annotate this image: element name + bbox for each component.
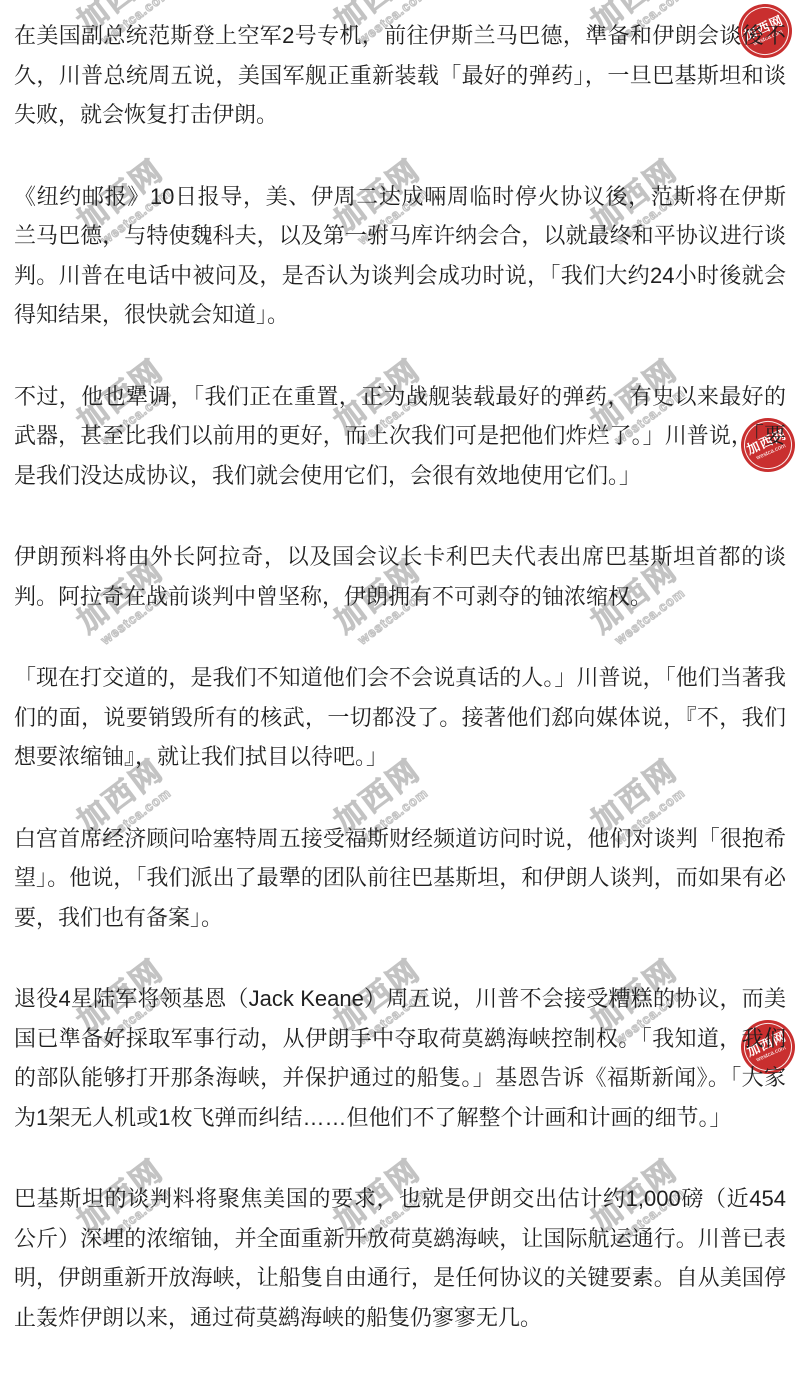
article-body: 在美国副总统范斯登上空军2号专机，前往伊斯兰马巴德，準备和伊朗会谈後不久，川普总… [14, 0, 786, 1376]
article-paragraph: 不过，他也犟调，「我们正在重置，正为战舰装载最好的弹药，有史以来最好的武器，甚至… [14, 377, 786, 496]
article-paragraph: 退役4星陆军将领基恩（Jack Keane）周五说，川普不会接受糟糕的协议，而美… [14, 979, 786, 1137]
article-paragraph: 在美国副总统范斯登上空军2号专机，前往伊斯兰马巴德，準备和伊朗会谈後不久，川普总… [14, 16, 786, 135]
article-paragraph: 伊朗预料将由外长阿拉奇，以及国会议长卡利巴夫代表出席巴基斯坦首都的谈判。阿拉奇在… [14, 537, 786, 616]
article-paragraph: 《纽约邮报》10日报导，美、伊周二达成啢周临时停火协议後，范斯将在伊斯兰马巴德，… [14, 177, 786, 335]
article-paragraph: 「现在打交道的，是我们不知道他们会不会说真话的人。」川普说，「他们当著我们的面，… [14, 658, 786, 777]
article-paragraph: 白宫首席经济顾问哈塞特周五接受福斯财经频道访问时说，他们对谈判「很抱希望」。他说… [14, 819, 786, 938]
article-paragraph: 巴基斯坦的谈判料将聚焦美国的要求，也就是伊朗交出估计约1,000磅（近454公斤… [14, 1179, 786, 1337]
